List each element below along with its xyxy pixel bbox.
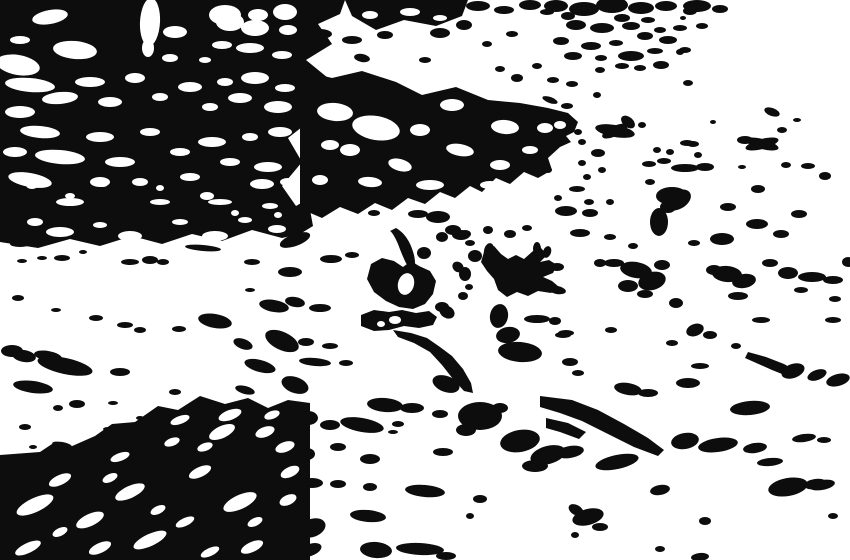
dalmatian-illusion-image xyxy=(0,0,850,560)
dalmatian-illusion-figure xyxy=(0,0,850,560)
